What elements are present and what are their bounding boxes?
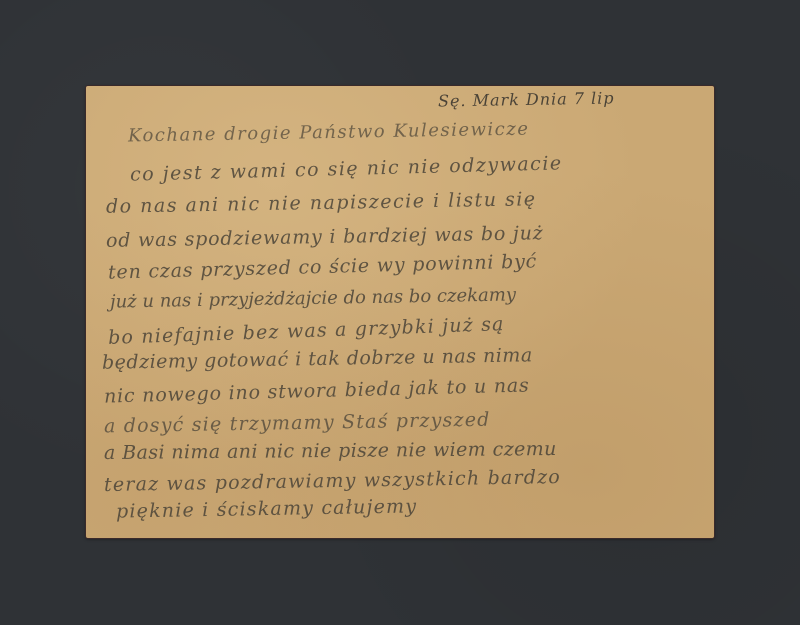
text-line-11: a Basi nima ani nic nie pisze nie wiem c… — [104, 438, 557, 464]
text-line-9: nic nowego ino stwora bieda jak to u nas — [104, 374, 530, 407]
text-line-6: już u nas i przyjeżdżajcie do nas bo cze… — [110, 284, 516, 312]
text-line-4: od was spodziewamy i bardziej was bo już — [106, 222, 544, 252]
text-line-2: co jest z wami co się nic nie odzywacie — [130, 152, 563, 185]
postcard-date-header: Sę. Mark Dnia 7 lip — [438, 88, 615, 110]
text-line-12: teraz was pozdrawiamy wszystkich bardzo — [104, 466, 561, 496]
postcard: Sę. Mark Dnia 7 lip Kochane drogie Państ… — [86, 86, 714, 538]
text-line-5: ten czas przyszed co ście wy powinni być — [108, 250, 538, 283]
text-line-7: bo niefajnie bez was a grzybki już są — [108, 313, 505, 349]
text-line-3: do nas ani nic nie napiszecie i listu si… — [106, 188, 537, 218]
text-line-1: Kochane drogie Państwo Kulesiewicze — [128, 118, 530, 146]
text-line-8: będziemy gotować i tak dobrze u nas nima — [102, 344, 533, 374]
text-line-13: pięknie i ściskamy całujemy — [116, 495, 418, 522]
text-line-10: a dosyć się trzymamy Staś przyszed — [104, 409, 491, 438]
